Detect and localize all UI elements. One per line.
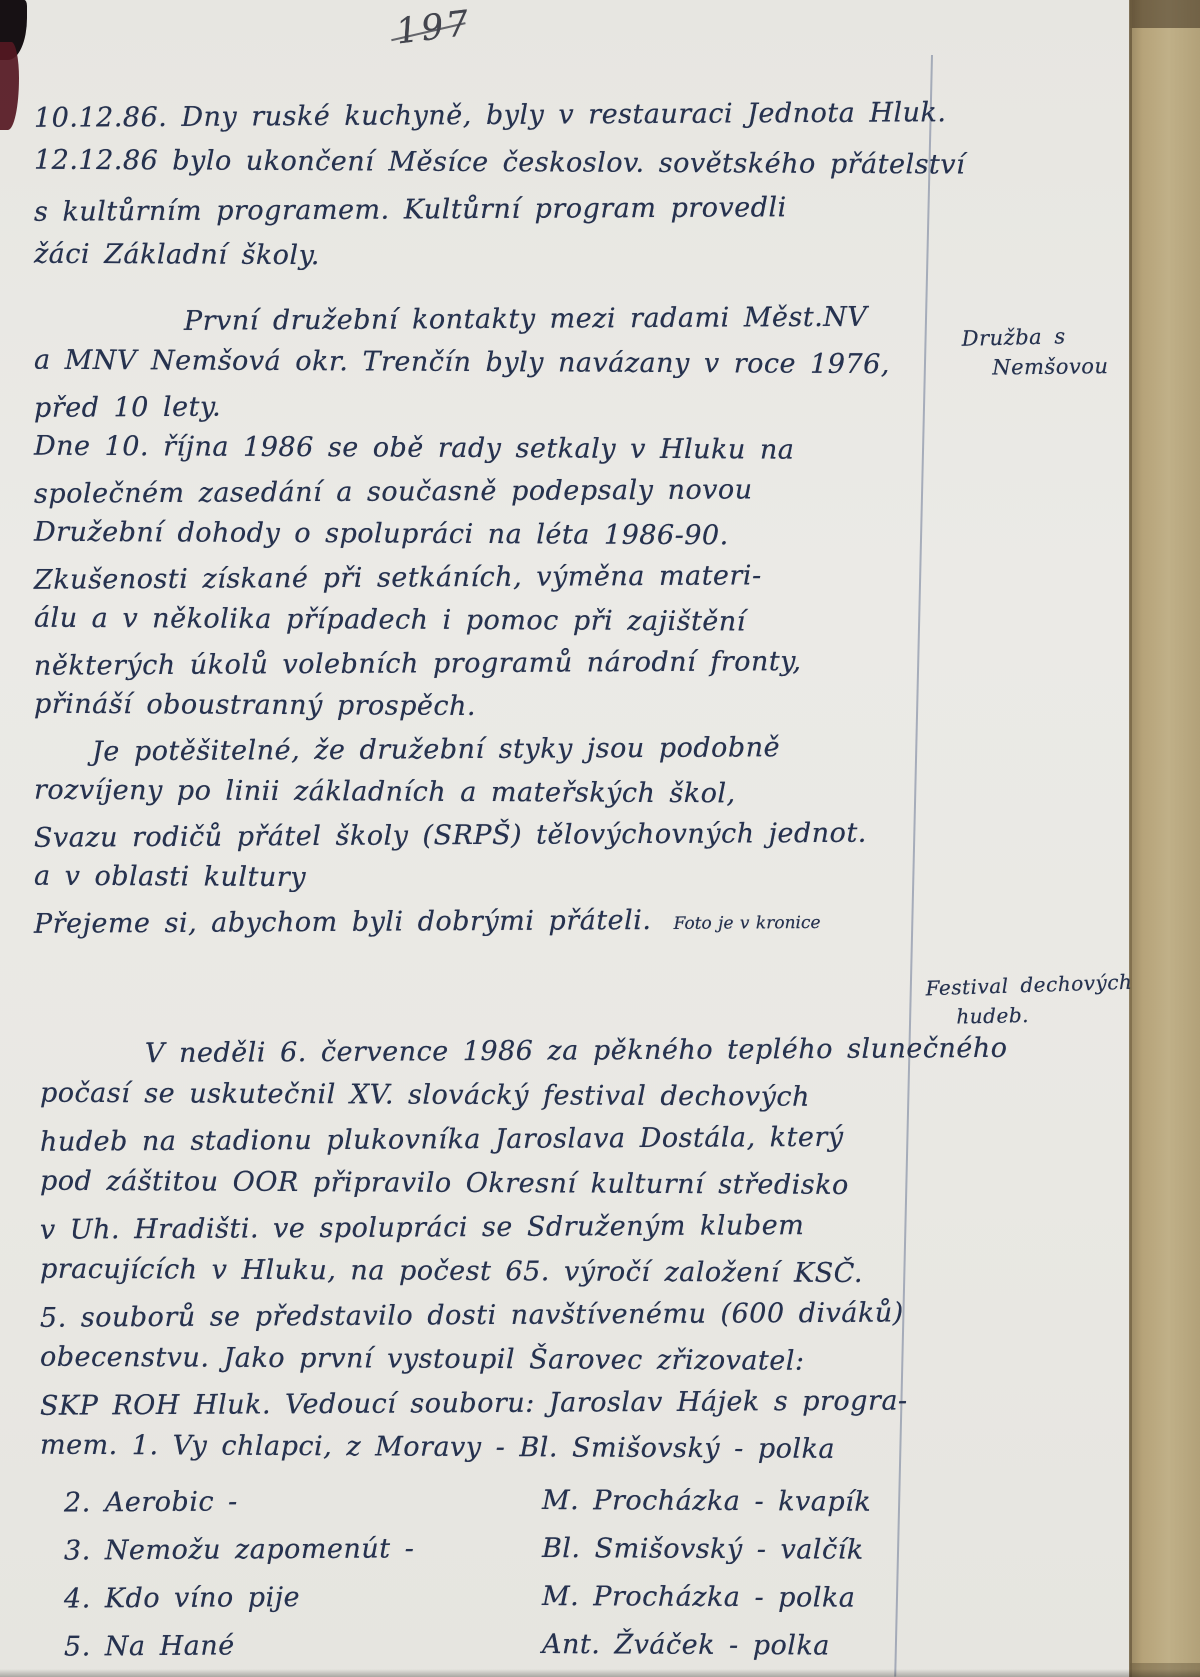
handwritten-line: SKP ROH Hluk. Vedoucí souboru: Jaroslav … (40, 1379, 930, 1428)
program-piece: 2. Aerobic - (64, 1477, 542, 1528)
scan-corner-mark-red (0, 42, 19, 130)
handwritten-line: 10.12.86. Dny ruské kuchyně, byly v rest… (34, 89, 930, 141)
handwritten-line: a MNV Nemšová okr. Trenčín byly navázany… (34, 339, 930, 387)
program-row: 4. Kdo víno pije M. Procházka - polka (64, 1574, 930, 1622)
margin-note-druzba: Družba s Nemšovou (961, 321, 1108, 384)
handwritten-line: Zkušenosti získané při setkáních, výměna… (34, 553, 930, 601)
handwritten-line: mem. 1. Vy chlapci, z Moravy - Bl. Smišo… (40, 1424, 930, 1473)
druzba-paragraph: První družební kontakty mezi radami Měst… (34, 298, 930, 947)
handwritten-line: s kultůrním programem. Kultůrní program … (34, 183, 930, 235)
handwritten-line: První družební kontakty mezi radami Měst… (34, 295, 930, 343)
handwritten-line: přináší oboustranný prospěch. (34, 683, 930, 731)
handwritten-line: rozvíjeny po linii základních a mateřský… (34, 769, 930, 817)
handwritten-line: některých úkolů volebních programů národ… (34, 639, 930, 687)
handwritten-line: před 10 lety. (34, 381, 930, 429)
handwritten-line: pod záštitou OOR připravilo Okresní kult… (40, 1160, 930, 1209)
page-edge-line (1129, 0, 1132, 1677)
program-piece: 5. Na Hané (64, 1621, 542, 1672)
program-piece: 4. Kdo víno pije (64, 1573, 542, 1624)
page-number: 197 (394, 4, 474, 53)
handwritten-line: Svazu rodičů přátel školy (SRPŠ) tělovýc… (34, 811, 930, 859)
margin-note-festival: Festival dechových hudeb. (925, 967, 1133, 1032)
festival-program-list: 2. Aerobic - M. Procházka - kvapík 3. Ne… (64, 1478, 930, 1670)
handwritten-line: 12.12.86 bylo ukončení Měsíce českoslov.… (34, 137, 930, 189)
handwritten-line: žáci Základní školy. (34, 231, 930, 283)
margin-note-line: Družba s (961, 320, 1108, 353)
margin-note-line: Nemšovou (962, 351, 1109, 383)
diary-entries-paragraph: 10.12.86. Dny ruské kuchyně, byly v rest… (34, 92, 930, 280)
handwritten-line: obecenstvu. Jako první vystoupil Šarovec… (40, 1336, 930, 1385)
handwritten-line: álu a v několika případech i pomoc při z… (34, 597, 930, 645)
program-author: Ant. Žváček - polka (542, 1621, 930, 1671)
handwritten-text: Přejeme si, abychom byli dobrými přáteli… (34, 905, 652, 940)
handwritten-line: Přejeme si, abychom byli dobrými přáteli… (34, 897, 930, 949)
handwritten-line: 5. souborů se představilo dosti navštíve… (40, 1291, 930, 1340)
handwritten-line: a v oblasti kultury (34, 855, 930, 903)
handwritten-line: v Uh. Hradišti. ve spolupráci se Sdružen… (40, 1203, 930, 1252)
festival-paragraph: V neděli 6. července 1986 za pěkného tep… (40, 1030, 930, 1470)
program-author: Bl. Smišovský - valčík (542, 1525, 930, 1575)
program-row: 5. Na Hané Ant. Žváček - polka (64, 1622, 930, 1670)
program-piece: 3. Nemožu zapomenút - (64, 1525, 542, 1576)
handwritten-line: V neděli 6. července 1986 za pěkného tep… (40, 1027, 930, 1076)
scan-edge-strip (1130, 0, 1200, 1677)
program-author: M. Procházka - kvapík (542, 1477, 930, 1527)
handwritten-line: hudeb na stadionu plukovníka Jaroslava D… (40, 1115, 930, 1164)
chronicle-page: 197 10.12.86. Dny ruské kuchyně, byly v … (0, 0, 1200, 1677)
handwritten-line: Je potěšitelné, že družební styky jsou p… (34, 725, 930, 773)
handwritten-line: Družební dohody o spolupráci na léta 198… (34, 511, 930, 559)
handwritten-line: společném zasedání a současně podepsaly … (34, 467, 930, 515)
program-row: 2. Aerobic - M. Procházka - kvapík (64, 1478, 930, 1526)
program-row: 3. Nemožu zapomenút - Bl. Smišovský - va… (64, 1526, 930, 1574)
handwritten-line: počasí se uskutečnil XV. slovácký festiv… (40, 1072, 930, 1121)
foto-note: Foto je v kronice (674, 913, 821, 934)
handwritten-line: pracujících v Hluku, na počest 65. výroč… (40, 1248, 930, 1297)
program-author: M. Procházka - polka (542, 1573, 930, 1623)
handwritten-line: Dne 10. října 1986 se obě rady setkaly v… (34, 425, 930, 473)
